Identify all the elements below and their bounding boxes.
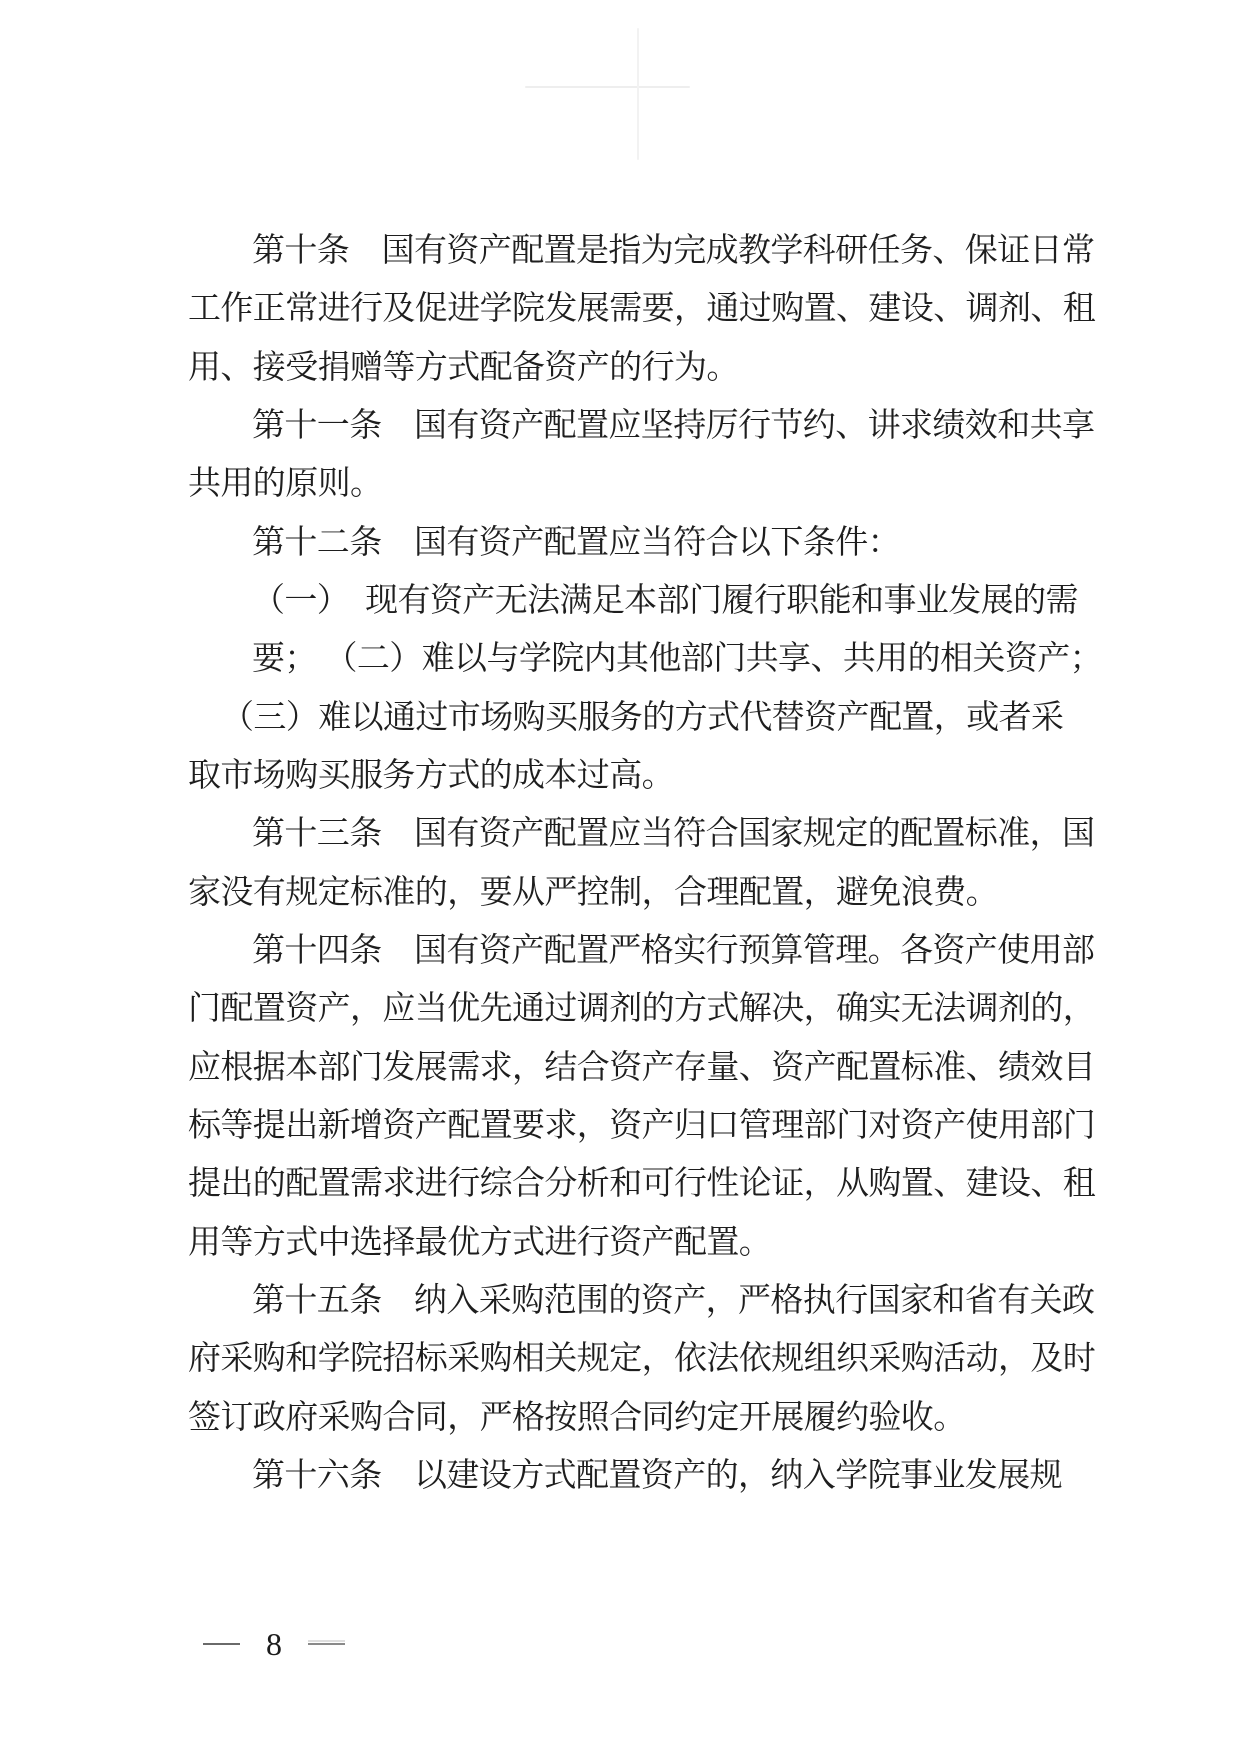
text-line: 第十六条 以建设方式配置资产的，纳入学院事业发展规 (252, 1447, 1103, 1505)
text-line: 签订政府采购合同，严格按照合同约定开展履约验收。 (188, 1389, 1103, 1447)
text-line: 标等提出新增资产配置要求，资产归口管理部门对资产使用部门 (188, 1097, 1103, 1155)
scan-artifact-horizontal (525, 86, 690, 88)
text-line: 家没有规定标准的，要从严控制，合理配置，避免浪费。 (188, 864, 1103, 922)
text-line: 门配置资产，应当优先通过调剂的方式解决，确实无法调剂的， (188, 980, 1103, 1038)
text-line: （三）难以通过市场购买服务的方式代替资产配置，或者采 (221, 689, 1103, 747)
text-line: 第十一条 国有资产配置应坚持厉行节约、讲求绩效和共享 (252, 397, 1103, 455)
text-line: 用等方式中选择最优方式进行资产配置。 (188, 1214, 1103, 1272)
page-number: 8 (266, 1628, 282, 1660)
text-line: 取市场购买服务方式的成本过高。 (188, 747, 1103, 805)
text-line: 第十四条 国有资产配置严格实行预算管理。各资产使用部 (252, 922, 1103, 980)
document-page: 第十条 国有资产配置是指为完成教学科研任务、保证日常工作正常进行及促进学院发展需… (0, 0, 1241, 1755)
scan-artifact-vertical (637, 28, 639, 160)
page-footer: 8 (203, 1624, 345, 1664)
footer-dash-right-icon (308, 1643, 345, 1645)
footer-dash-left-icon (203, 1643, 240, 1645)
text-line: 共用的原则。 (188, 455, 1103, 513)
text-line: 第十条 国有资产配置是指为完成教学科研任务、保证日常 (252, 222, 1103, 280)
text-line: 工作正常进行及促进学院发展需要，通过购置、建设、调剂、租 (188, 280, 1103, 338)
text-line: 第十三条 国有资产配置应当符合国家规定的配置标准，国 (252, 805, 1103, 863)
text-line: 第十五条 纳入采购范围的资产，严格执行国家和省有关政 (252, 1272, 1103, 1330)
text-line: 要； （二）难以与学院内其他部门共享、共用的相关资产； (252, 630, 1103, 688)
text-line: （一） 现有资产无法满足本部门履行职能和事业发展的需 (252, 572, 1103, 630)
text-line: 提出的配置需求进行综合分析和可行性论证，从购置、建设、租 (188, 1155, 1103, 1213)
document-body: 第十条 国有资产配置是指为完成教学科研任务、保证日常工作正常进行及促进学院发展需… (188, 222, 1103, 1505)
text-line: 用、接受捐赠等方式配备资产的行为。 (188, 339, 1103, 397)
text-line: 府采购和学院招标采购相关规定，依法依规组织采购活动，及时 (188, 1330, 1103, 1388)
text-line: 第十二条 国有资产配置应当符合以下条件： (252, 514, 1103, 572)
text-line: 应根据本部门发展需求，结合资产存量、资产配置标准、绩效目 (188, 1039, 1103, 1097)
